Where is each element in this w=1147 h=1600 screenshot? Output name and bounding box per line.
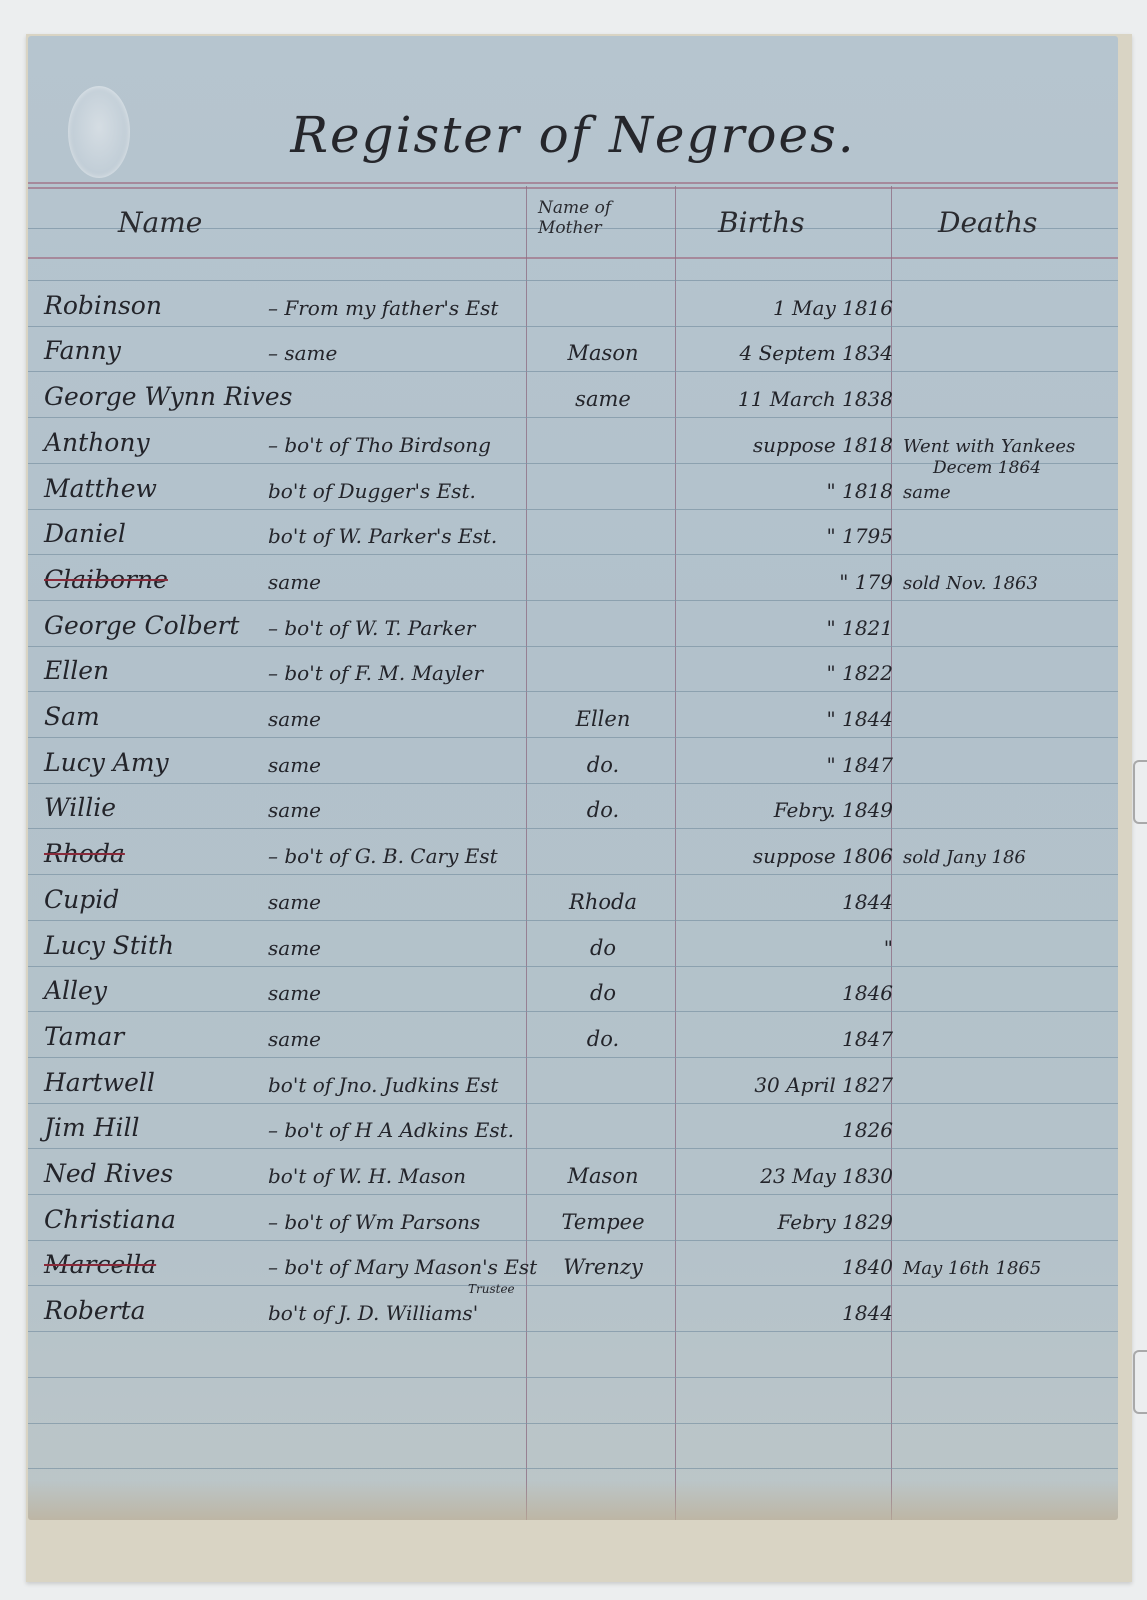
entry-name: Lucy Stith [44, 931, 174, 960]
entry-birth: 11 March 1838 [678, 387, 893, 411]
entry-name: Fanny [44, 336, 121, 365]
entry-name: Anthony [44, 428, 150, 457]
header-rule-bottom [28, 257, 1118, 259]
entry-source: – bo't of Mary Mason's Est [268, 1255, 537, 1279]
entry-source: bo't of Jno. Judkins Est [268, 1073, 498, 1097]
entry-source: bo't of J. D. Williams' [268, 1301, 478, 1325]
table-row: George Wynn Rivessame11 March 1838 [28, 372, 1118, 417]
column-header-mother-line2: Mother [538, 218, 611, 238]
entry-name: Jim Hill [44, 1113, 139, 1142]
column-header-mother-line1: Name of [538, 198, 611, 218]
table-row: Lucy Amysamedo." 1847 [28, 738, 1118, 783]
entry-birth: " 1818 [678, 479, 893, 503]
page-title: Register of Negroes. [28, 106, 1118, 164]
header-rule-top-2 [28, 187, 1118, 189]
table-row: SamsameEllen" 1844 [28, 692, 1118, 737]
entry-name: Alley [44, 976, 107, 1005]
table-row: Alleysamedo1846 [28, 966, 1118, 1011]
entry-source: same [268, 936, 321, 960]
entry-name: Sam [44, 702, 100, 731]
entry-source: bo't of W. Parker's Est. [268, 524, 497, 548]
entry-source: – bo't of Tho Birdsong [268, 433, 491, 457]
entry-name: Tamar [44, 1022, 124, 1051]
ruled-line [28, 1377, 1118, 1378]
table-row: Tamarsamedo.1847 [28, 1012, 1118, 1057]
entry-death: same [903, 482, 1118, 503]
entry-birth: " 1822 [678, 661, 893, 685]
entry-name: Robinson [44, 291, 162, 320]
entry-birth: " 1844 [678, 707, 893, 731]
entry-source: same [268, 890, 321, 914]
entry-name: Willie [44, 793, 116, 822]
entry-birth: " [678, 936, 893, 960]
entry-death: May 16th 1865 [903, 1258, 1118, 1279]
entry-source: – bo't of Wm Parsons [268, 1210, 480, 1234]
entry-name: Hartwell [44, 1068, 155, 1097]
entry-mother: Rhoda [528, 890, 678, 914]
register-page: Register of Negroes. Name Name of Mother… [28, 36, 1118, 1520]
entry-death: Went with Yankees [903, 436, 1118, 457]
entry-birth: Febry 1829 [678, 1210, 893, 1234]
entry-source: – bo't of W. T. Parker [268, 616, 475, 640]
entry-birth: suppose 1818 [678, 433, 893, 457]
ruled-line [28, 1423, 1118, 1424]
entry-name: Rhoda [44, 839, 125, 868]
table-row: Christiana– bo't of Wm ParsonsTempeeFebr… [28, 1195, 1118, 1240]
entry-birth: " 1847 [678, 753, 893, 777]
entry-birth: " 179 [678, 570, 893, 594]
entry-mother: do [528, 981, 678, 1005]
entry-birth: 1847 [678, 1027, 893, 1051]
entry-source: same [268, 1027, 321, 1051]
entry-source: same [268, 981, 321, 1005]
entry-name: Matthew [44, 474, 157, 503]
entry-source: – bo't of H A Adkins Est. [268, 1118, 514, 1142]
entry-birth: " 1795 [678, 524, 893, 548]
entry-source: same [268, 753, 321, 777]
entry-mother: do. [528, 798, 678, 822]
entry-mother: do [528, 936, 678, 960]
entry-mother: Mason [528, 341, 678, 365]
entry-mother: do. [528, 753, 678, 777]
entry-death: sold Jany 186 [903, 847, 1118, 868]
entry-birth: 1 May 1816 [678, 296, 893, 320]
entry-mother: Ellen [528, 707, 678, 731]
column-header-name: Name [118, 206, 202, 239]
entry-name: Ned Rives [44, 1159, 173, 1188]
entry-name: Ellen [44, 656, 109, 685]
entry-birth: Febry. 1849 [678, 798, 893, 822]
table-row: Williesamedo.Febry. 1849 [28, 783, 1118, 828]
table-row: Marcella– bo't of Mary Mason's EstWrenzy… [28, 1240, 1118, 1285]
entry-name: George Wynn Rives [44, 382, 293, 411]
entry-source: – bo't of G. B. Cary Est [268, 844, 498, 868]
table-row: Hartwellbo't of Jno. Judkins Est30 April… [28, 1058, 1118, 1103]
entry-mother: same [528, 387, 678, 411]
entry-source: – same [268, 341, 337, 365]
entry-source: bo't of W. H. Mason [268, 1164, 466, 1188]
entry-name: Lucy Amy [44, 748, 169, 777]
entry-mother: Wrenzy [528, 1255, 678, 1279]
ruled-line [28, 1468, 1118, 1469]
header-rule-top [28, 182, 1118, 184]
entry-name: Cupid [44, 885, 119, 914]
entry-source: – From my father's Est [268, 296, 498, 320]
table-row: Anthony– bo't of Tho Birdsongsuppose 181… [28, 418, 1118, 463]
table-row: Fanny– sameMason4 Septem 1834 [28, 326, 1118, 371]
table-row: Ned Rivesbo't of W. H. MasonMason23 May … [28, 1149, 1118, 1194]
entry-birth: 1840 [678, 1255, 893, 1279]
table-row: Claibornesame" 179sold Nov. 1863 [28, 555, 1118, 600]
table-row: Ellen– bo't of F. M. Mayler" 1822 [28, 646, 1118, 691]
entry-name: Christiana [44, 1205, 176, 1234]
entry-name: Claiborne [44, 565, 168, 594]
sleeve-clip [1133, 760, 1147, 824]
entry-birth: 23 May 1830 [678, 1164, 893, 1188]
table-row: CupidsameRhoda1844 [28, 875, 1118, 920]
entry-source: – bo't of F. M. Mayler [268, 661, 483, 685]
table-row: Robertabo't of J. D. Williams'Trustee184… [28, 1286, 1118, 1331]
table-row: Lucy Stithsamedo" [28, 921, 1118, 966]
entry-birth: 4 Septem 1834 [678, 341, 893, 365]
table-row: Rhoda– bo't of G. B. Cary Estsuppose 180… [28, 829, 1118, 874]
entry-name: Roberta [44, 1296, 146, 1325]
table-row: George Colbert– bo't of W. T. Parker" 18… [28, 601, 1118, 646]
column-header-deaths: Deaths [938, 206, 1037, 239]
column-header-mother: Name of Mother [538, 198, 611, 238]
entry-birth: 1844 [678, 890, 893, 914]
entry-birth: 30 April 1827 [678, 1073, 893, 1097]
sleeve-clip [1133, 1350, 1147, 1414]
column-header-births: Births [718, 206, 805, 239]
entry-source: same [268, 798, 321, 822]
entry-mother: do. [528, 1027, 678, 1051]
entry-source-note: Trustee [468, 1282, 515, 1296]
table-row: Danielbo't of W. Parker's Est." 1795 [28, 509, 1118, 554]
entry-name: Daniel [44, 519, 126, 548]
entry-death: sold Nov. 1863 [903, 573, 1118, 594]
entry-mother: Mason [528, 1164, 678, 1188]
entry-birth: 1846 [678, 981, 893, 1005]
entry-birth: " 1821 [678, 616, 893, 640]
table-row: Jim Hill– bo't of H A Adkins Est.1826 [28, 1103, 1118, 1148]
table-row: Robinson– From my father's Est1 May 1816 [28, 281, 1118, 326]
entry-source: same [268, 570, 321, 594]
table-row: Matthewbo't of Dugger's Est." 1818same [28, 464, 1118, 509]
entry-birth: 1844 [678, 1301, 893, 1325]
entry-birth: suppose 1806 [678, 844, 893, 868]
entry-birth: 1826 [678, 1118, 893, 1142]
entry-name: Marcella [44, 1250, 156, 1279]
ruled-line [28, 1331, 1118, 1332]
entry-source: same [268, 707, 321, 731]
entry-name: George Colbert [44, 611, 239, 640]
entry-source: bo't of Dugger's Est. [268, 479, 476, 503]
entry-mother: Tempee [528, 1210, 678, 1234]
